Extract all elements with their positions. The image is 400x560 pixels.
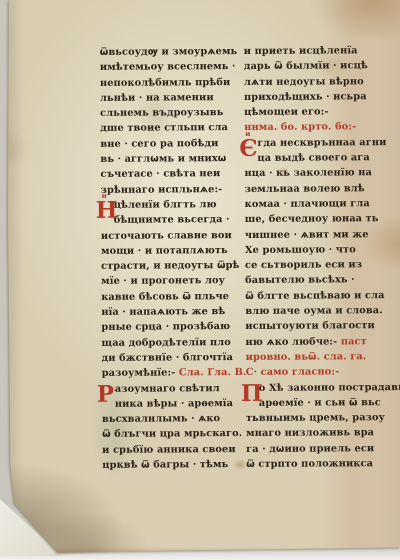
manuscript-line: чишнее · ѧвит ми же — [245, 227, 382, 243]
manuscript-line: разоумѣнїе:- Сла. Гла. В. — [102, 365, 239, 381]
ink-text-run: ѿвьсоудѹ и змоурѧемь — [100, 46, 238, 58]
manuscript-line: ника вѣры · арѳемїа — [102, 396, 239, 412]
ink-text-run: ца выдѣ своего ага — [257, 152, 370, 164]
ink-text-run: мнаго низложивь вра — [246, 428, 374, 440]
drop-cap-initial: Є — [239, 137, 258, 160]
manuscript-line: ню ѧко любче:- паст — [245, 334, 382, 350]
ink-text-run: съчетасе · свѣта неи — [100, 169, 220, 181]
manuscript-line: источають славне вои — [101, 228, 238, 244]
manuscript-line: Ницѣленїи блгть лю — [101, 197, 238, 213]
manuscript-line: ѿ стрпто положникса — [246, 456, 383, 472]
manuscript-line: га · дѡино приель еси — [246, 441, 383, 457]
ink-text-run: ше, бесчедноу юнаа ть — [245, 213, 379, 225]
ink-text-run: ди бжствнїе · блгочтїа — [102, 352, 233, 364]
drop-cap-initial: Р — [97, 382, 115, 405]
ink-text-run: лѧти недоугы вѣрно — [244, 76, 364, 88]
ink-text-run: испытоуюти благости — [245, 321, 375, 333]
ink-text-run: о Хѣ законно пострадавь — [259, 382, 400, 394]
ink-text-run: щаа добродѣтелїи пло — [101, 337, 230, 349]
ink-text-run: разоумѣнїе:- — [102, 368, 179, 379]
manuscript-line: бѣщнимте вьсегда · — [101, 212, 238, 228]
manuscript-line: ца выдѣ своего ага — [244, 150, 381, 166]
manuscript-line: испытоуюти благости — [245, 318, 382, 334]
manuscript-line: ировно. вьѿ. сла. га. — [246, 349, 383, 365]
drop-cap-initial: Н — [96, 199, 118, 222]
ink-text-run: гда несквръннаа агни — [257, 137, 386, 149]
manuscript-line: мнаго низложивь вра — [246, 426, 383, 442]
rubric-mark: и — [245, 130, 250, 137]
manuscript-line: бавытелю вьсѣхь · — [245, 273, 382, 289]
manuscript-line: ѿ блъгчи цра мрьскаго. — [102, 426, 239, 442]
manuscript-line: ннма. бо. крто. бо:- — [244, 120, 381, 136]
ink-text-run: влю паче оума и слова. — [245, 305, 383, 317]
manuscript-line: приходѣщихь · исьра — [244, 89, 381, 105]
manuscript-line: земльнаа волею влѣ — [245, 181, 382, 197]
manuscript-line: кавне бѣсовь ѿ пльче — [101, 289, 238, 305]
ink-text-run: нїа · напаѧють же вѣ — [101, 306, 225, 318]
manuscript-line: и срьбїю анника своеи — [102, 442, 239, 458]
ink-text-run: вне · сего ра побѣди — [100, 138, 218, 150]
manuscript-line: льнѣи · на камении — [100, 90, 237, 106]
ink-text-run: се сьтвориль еси из — [245, 259, 362, 271]
manuscript-line: Разоумнаго свѣтил — [102, 381, 239, 397]
ink-text-run: и срьбїю анника своеи — [102, 444, 236, 456]
manuscript-line: мїе · и прогонеть лоу — [101, 273, 238, 289]
ink-text-run: земльнаа волею влѣ — [245, 183, 365, 195]
ink-text-run: вьсхвалнлымь · ѧко — [102, 413, 220, 425]
manuscript-line: вьсхвалнлымь · ѧко — [102, 411, 239, 427]
manuscript-line: дарь ѿ былмїи · исцѣ — [244, 58, 381, 74]
ink-text-run: га · дѡино приель еси — [246, 443, 374, 455]
manuscript-line: ѿвьсоудѹ и змоурѧемь — [100, 44, 237, 60]
ink-text-run: цѣленїи блгть лю — [114, 199, 217, 211]
ink-text-run: црквѣ ѿ багры · тѣмь — [102, 459, 228, 471]
manuscript-line: комаа · плачющи гла — [245, 196, 382, 212]
rubric-mark: и — [102, 192, 107, 199]
manuscript-line: По Хѣ законно пострадавь — [246, 380, 383, 396]
ink-text-run: страсти, и недоугы ѿрѣ — [101, 260, 240, 272]
ink-text-run: рные срца · прозѣбаю — [101, 321, 230, 333]
manuscript-line: вь · агглѡмь и мнихѡ — [100, 151, 237, 167]
manuscript-line: рные срца · прозѣбаю — [101, 319, 238, 335]
manuscript-line: сльнемь въдроузывь — [100, 105, 237, 121]
photo-backdrop: ѿвьсоудѹ и змоурѧемьимѣтемьоу всеслнемь … — [0, 0, 400, 560]
ink-text-run: сльнемь въдроузывь — [100, 107, 223, 119]
rubric-text-run: ннма. бо. крто. бо:- — [244, 122, 356, 134]
ink-text-run: приходѣщихь · исьра — [244, 91, 367, 103]
manuscript-line: Єигда несквръннаа агни — [244, 135, 381, 151]
ink-text-run: цѣмощеи его:- — [244, 107, 329, 119]
ink-text-run: зрѣннаго испльнѧе:- — [101, 184, 223, 196]
manuscript-line: непоколѣбимль прѣби — [100, 75, 237, 91]
manuscript-line: Хе ромьшоую · что — [245, 242, 382, 258]
ink-text-run: арѳемїе · и сьи ѿ вьс — [259, 397, 381, 409]
manuscript-line: цѣмощеи его:- — [244, 104, 381, 120]
ink-text-run: ѿ блгте вьспѣваю и сла — [245, 290, 384, 302]
rubric-text-run: Сла. Гла. В. — [179, 367, 247, 378]
manuscript-line: дше твоие стльпи сла — [100, 121, 237, 137]
ink-text-run: бавытелю вьсѣхь · — [245, 275, 355, 287]
manuscript-line: нца · кь заколенїю на — [244, 166, 381, 182]
ink-text-run: непоколѣбимль прѣби — [100, 77, 230, 89]
ink-text-run: мїе · и прогонеть лоу — [101, 276, 225, 288]
ink-text-run: вь · агглѡмь и мнихѡ — [100, 153, 226, 165]
manuscript-line: съчетасе · свѣта неи — [100, 166, 237, 182]
ink-text-run: ню ѧко любче:- — [245, 336, 340, 348]
manuscript-line: се сьтвориль еси из — [245, 257, 382, 273]
manuscript-line: зрѣннаго испльнѧе:- — [101, 182, 238, 198]
manuscript-line: арѳемїе · и сьи ѿ вьс — [246, 395, 383, 411]
ink-text-run: и приеть исцѣленїа — [244, 45, 358, 57]
manuscript-line: лѧти недоугы вѣрно — [244, 74, 381, 90]
rubric-text-run: С· само гласно:- — [246, 367, 340, 379]
text-column-right: и приеть исцѣленїадарь ѿ былмїи · исцѣлѧ… — [244, 43, 384, 472]
ink-text-run: нца · кь заколенїю на — [244, 168, 372, 180]
text-column-left: ѿвьсоудѹ и змоурѧемьимѣтемьоу всеслнемь … — [100, 44, 240, 473]
manuscript-line: црквѣ ѿ багры · тѣмь — [102, 457, 239, 473]
manuscript-line: тьвныимь цремь, разоу — [246, 410, 383, 426]
ink-text-run: мощи · и потаплѧють — [101, 245, 228, 257]
ink-text-run: чишнее · ѧвит ми же — [245, 229, 369, 241]
manuscript-line: ше, бесчедноу юнаа ть — [245, 211, 382, 227]
ink-text-run: дарь ѿ былмїи · исцѣ — [244, 61, 368, 73]
drop-cap-initial: П — [241, 381, 263, 404]
ink-text-run: льнѣи · на камении — [100, 92, 214, 104]
manuscript-line: страсти, и недоугы ѿрѣ — [101, 258, 238, 274]
ink-text-run: ѿ блъгчи цра мрьскаго. — [102, 428, 242, 440]
manuscript-line: вне · сего ра побѣди — [100, 136, 237, 152]
ink-text-run: имѣтемьоу всеслнемь · — [100, 61, 236, 73]
manuscript-line: ѿ блгте вьспѣваю и сла — [245, 288, 382, 304]
manuscript-line: щаа добродѣтелїи пло — [101, 335, 238, 351]
text-block: ѿвьсоудѹ и змоурѧемьимѣтемьоу всеслнемь … — [100, 43, 385, 473]
manuscript-line: влю паче оума и слова. — [245, 303, 382, 319]
manuscript-line: С· само гласно:- — [246, 364, 383, 380]
ink-text-run: тьвныимь цремь, разоу — [246, 412, 385, 424]
ink-text-run: дше твоие стльпи сла — [100, 123, 228, 135]
ink-text-run: Хе ромьшоую · что — [245, 244, 356, 256]
ink-text-run: источають славне вои — [101, 230, 232, 242]
ink-text-run: ника вѣры · арѳемїа — [115, 398, 233, 410]
rubric-text-run: ировно. вьѿ. сла. га. — [246, 351, 367, 363]
rubric-text-run: паст — [341, 336, 367, 347]
ink-text-run: комаа · плачющи гла — [245, 198, 370, 210]
ink-text-run: ѿ стрпто положникса — [246, 458, 373, 470]
manuscript-line: ди бжствнїе · блгочтїа — [102, 350, 239, 366]
manuscript-line: нїа · напаѧють же вѣ — [101, 304, 238, 320]
manuscript-line: и приеть исцѣленїа — [244, 43, 381, 59]
ink-text-run: азоумнаго свѣтил — [115, 383, 220, 395]
ink-text-run: кавне бѣсовь ѿ пльче — [101, 291, 229, 303]
manuscript-line: мощи · и потаплѧють — [101, 243, 238, 259]
ink-text-run: бѣщнимте вьсегда · — [114, 214, 230, 226]
manuscript-line: имѣтемьоу всеслнемь · — [100, 59, 237, 75]
